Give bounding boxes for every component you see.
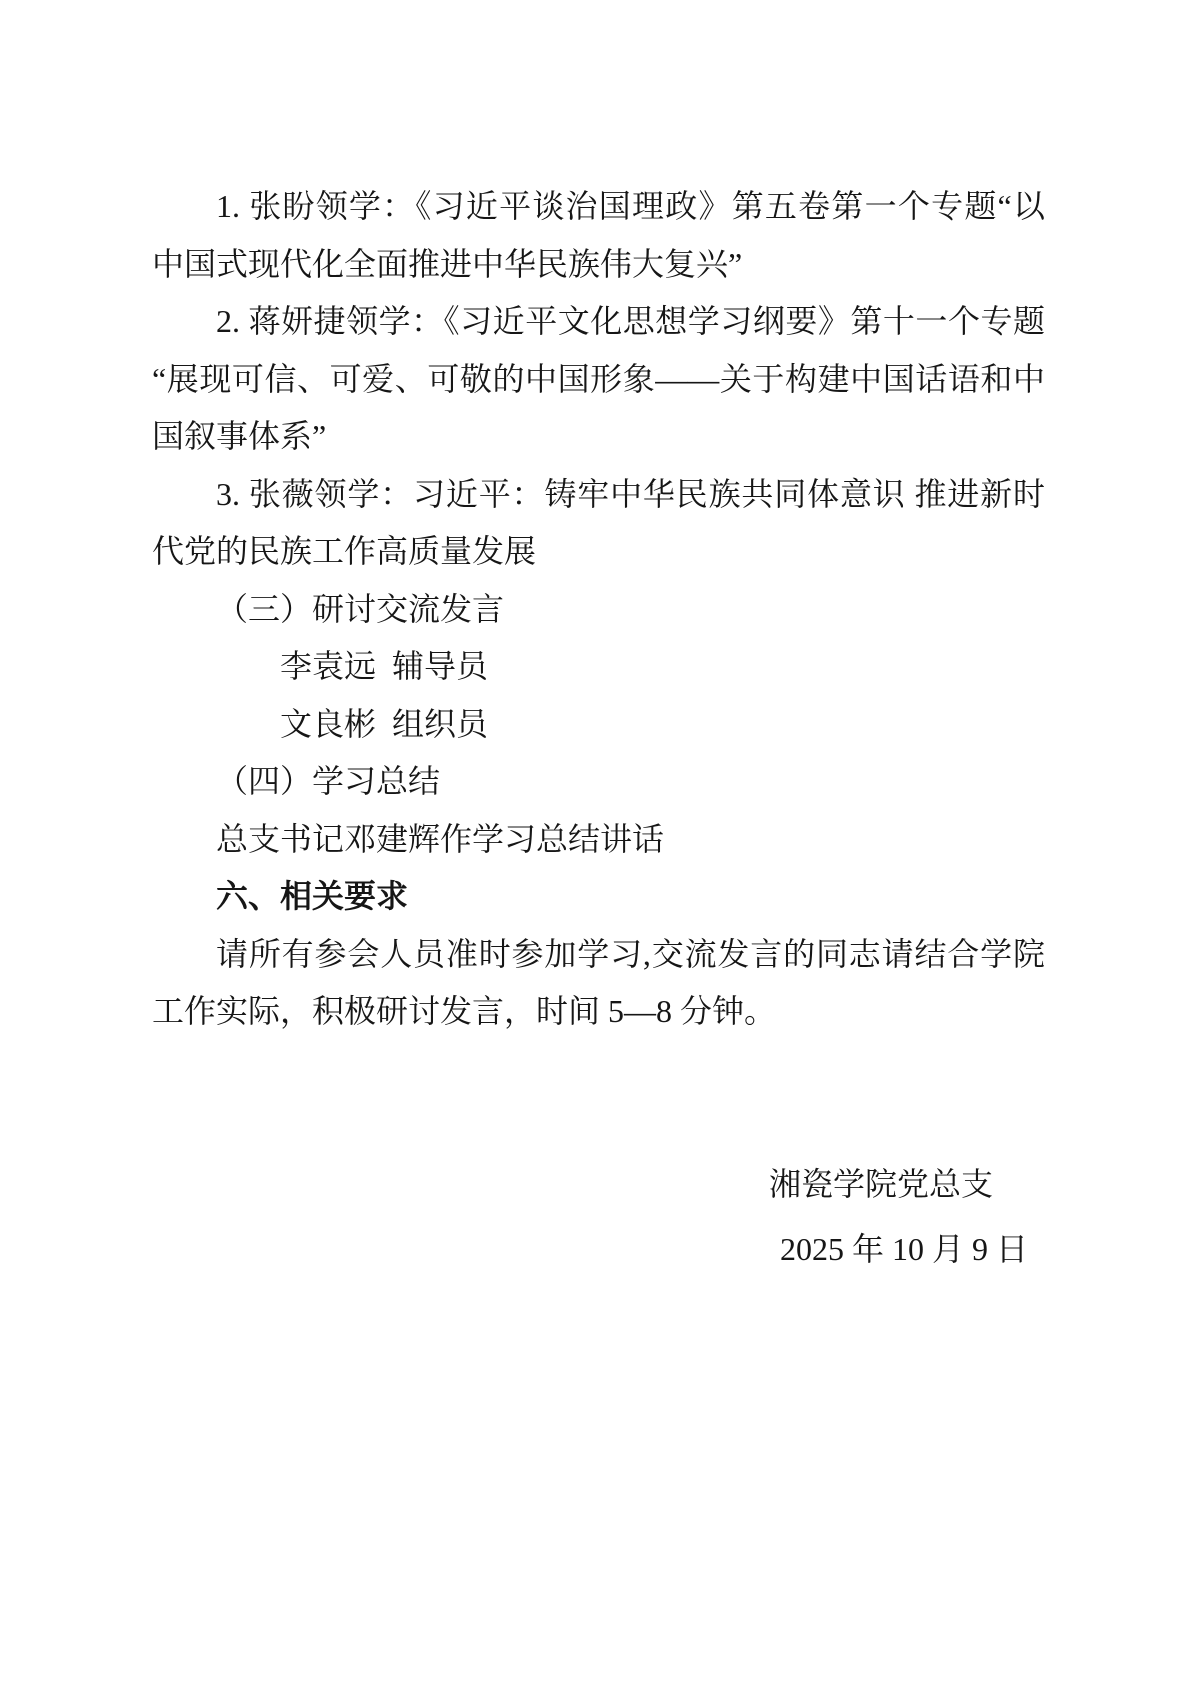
section-heading-discussion: （三）研讨交流发言 [152,581,1045,639]
section-heading-summary: （四）学习总结 [152,753,1045,811]
summary-body: 总支书记邓建辉作学习总结讲话 [152,811,1045,869]
study-item-2: 2. 蒋妍捷领学：《习近平文化思想学习纲要》第十一个专题“展现可信、可爱、可敬的… [152,293,1045,466]
document-page: 1. 张盼领学：《习近平谈治国理政》第五卷第一个专题“以中国式现代化全面推进中华… [0,0,1191,1684]
roster-name: 李袁远 [216,638,392,696]
roster-title: 辅导员 [392,648,488,684]
requirements-heading: 六、相关要求 [152,868,1045,926]
roster-row: 李袁远辅导员 [152,638,1045,696]
requirements-body: 请所有参会人员准时参加学习,交流发言的同志请结合学院工作实际，积极研讨发言，时间… [152,926,1045,1041]
signature-org: 湘瓷学院党总支 [152,1156,993,1214]
study-item-3: 3. 张薇领学：习近平：铸牢中华民族共同体意识 推进新时代党的民族工作高质量发展 [152,466,1045,581]
roster-name: 文良彬 [216,696,392,754]
study-item-1: 1. 张盼领学：《习近平谈治国理政》第五卷第一个专题“以中国式现代化全面推进中华… [152,178,1045,293]
roster-row: 文良彬组织员 [152,696,1045,754]
document-body: 1. 张盼领学：《习近平谈治国理政》第五卷第一个专题“以中国式现代化全面推进中华… [152,178,1045,1279]
signature-date: 2025 年 10 月 9 日 [152,1221,1028,1279]
roster-title: 组织员 [392,706,488,742]
